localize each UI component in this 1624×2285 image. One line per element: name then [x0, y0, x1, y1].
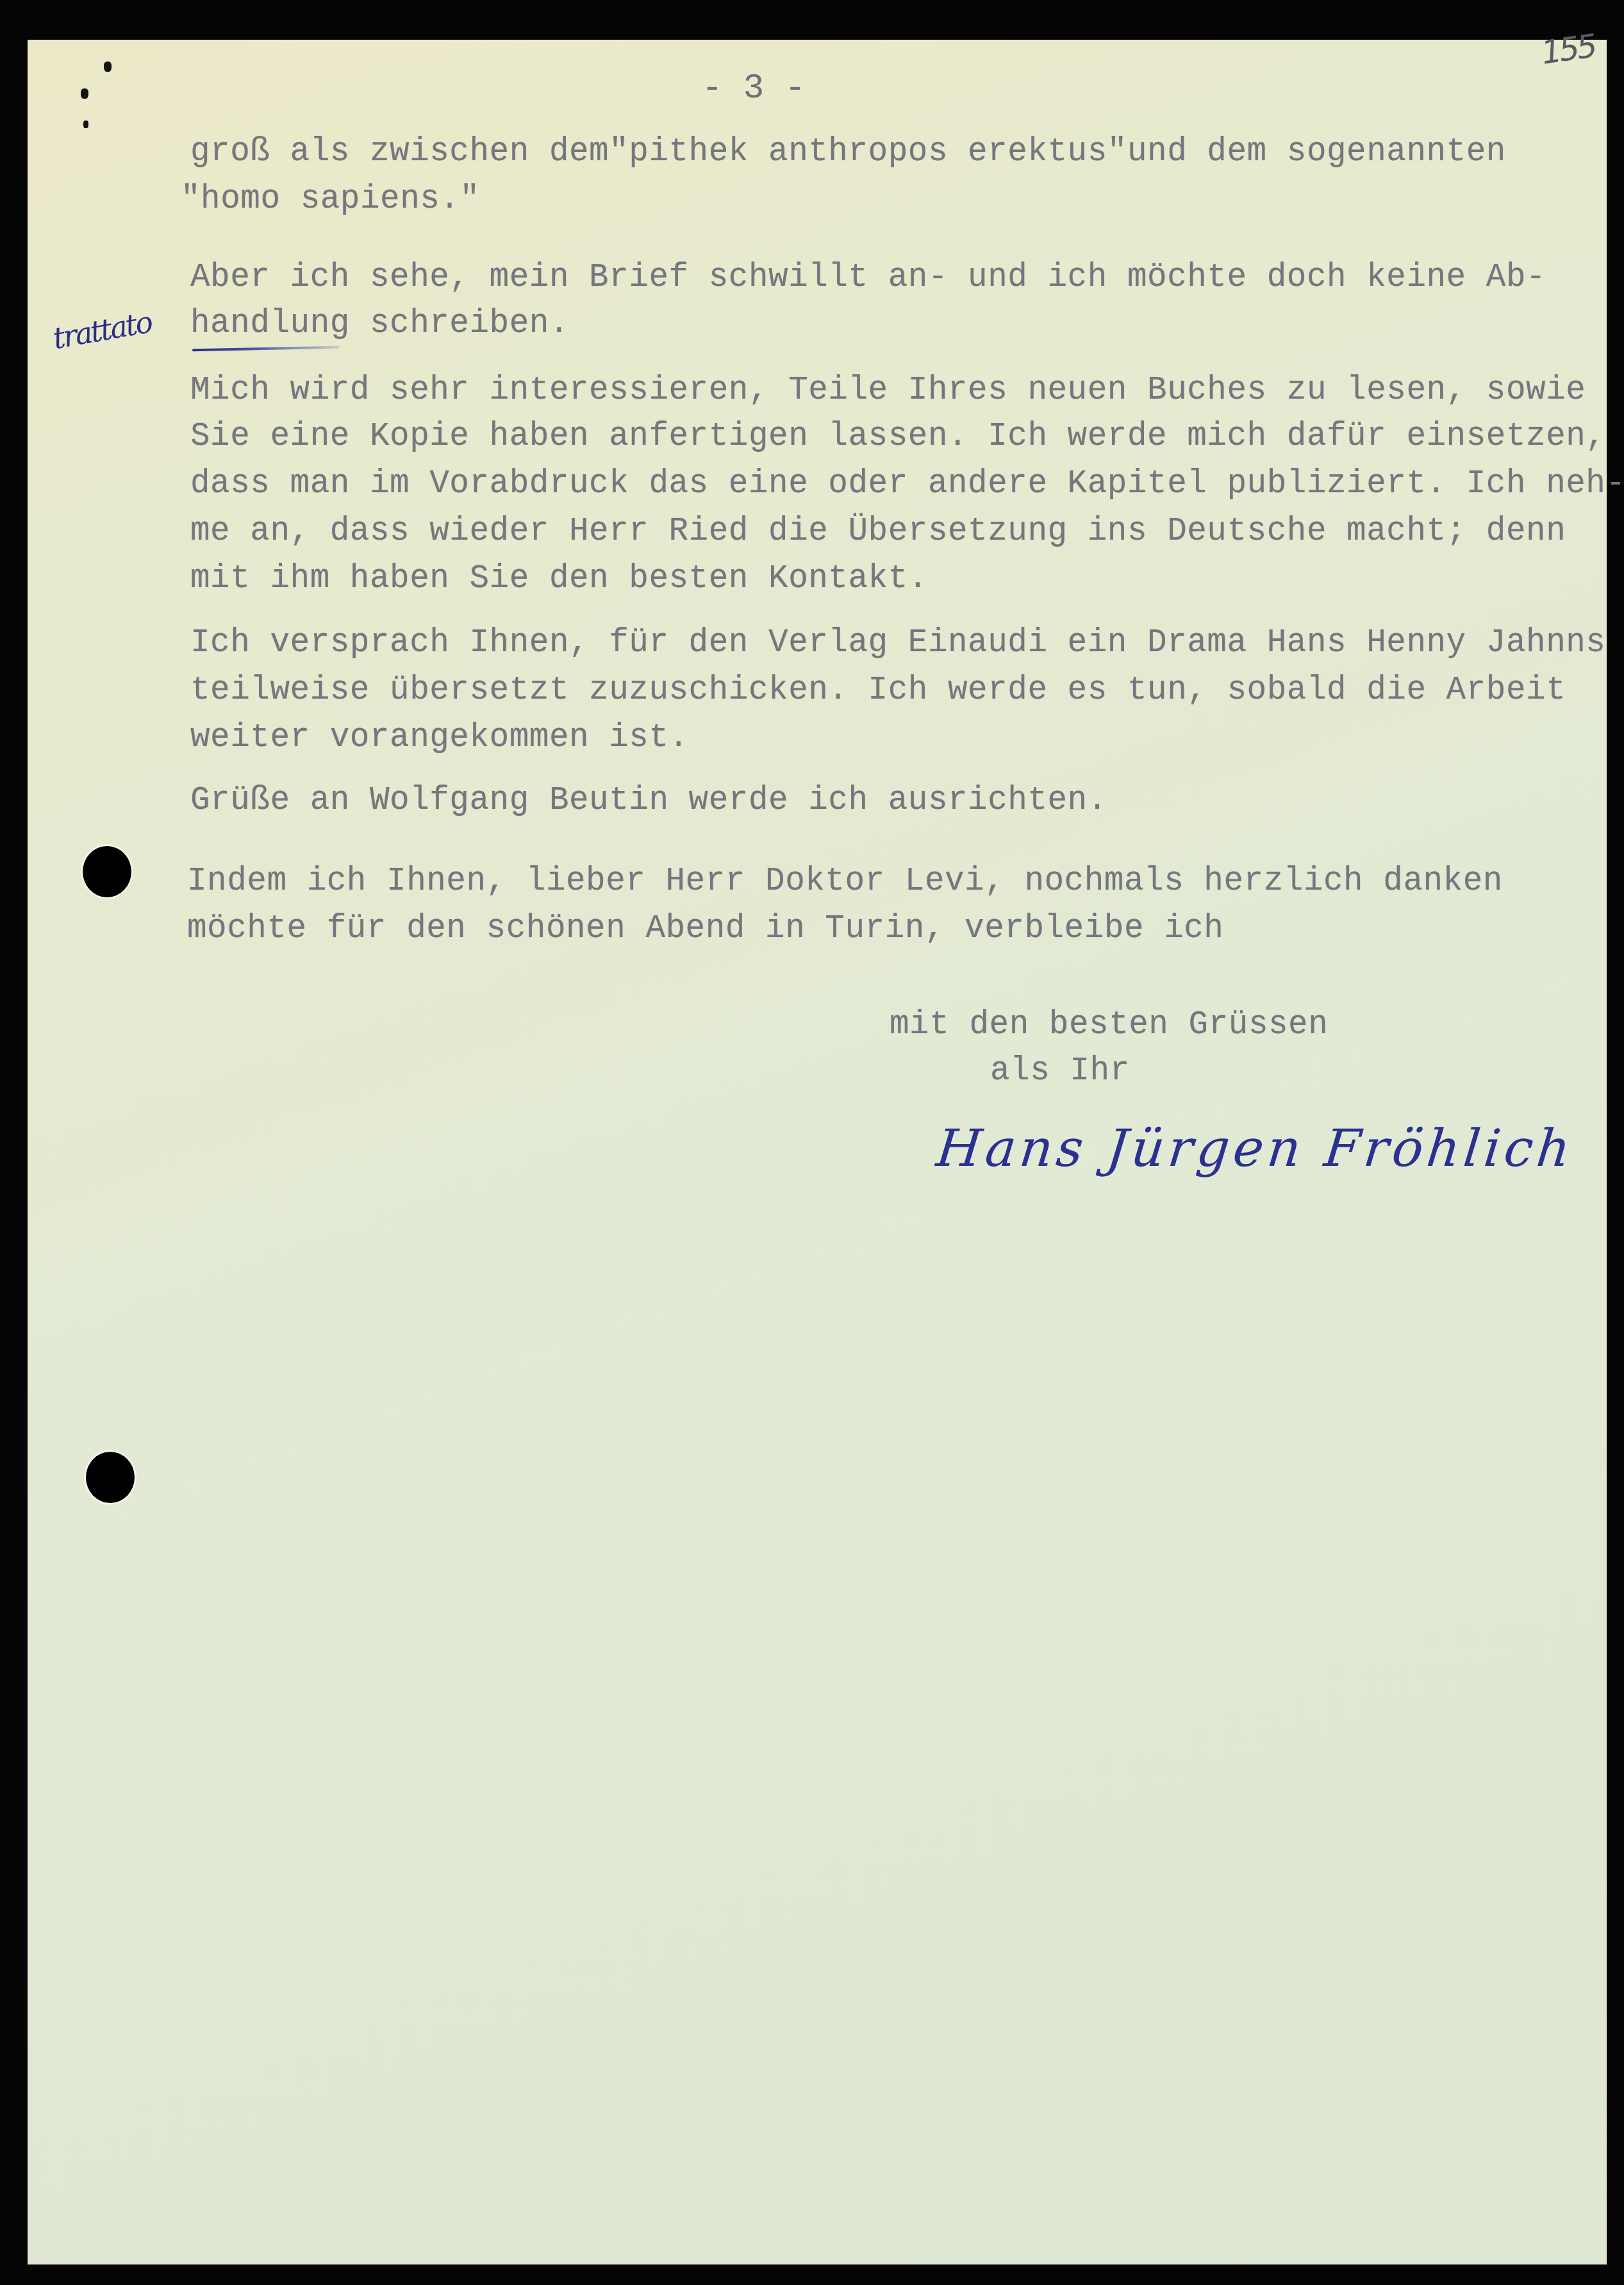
- folio-number: 155: [1539, 27, 1597, 71]
- text-line: groß als zwischen dem"pithek anthropos e…: [190, 133, 1506, 172]
- text-line: handlung schreiben.: [190, 305, 569, 344]
- text-line: Indem ich Ihnen, lieber Herr Doktor Levi…: [187, 863, 1503, 901]
- text-line: teilweise übersetzt zuzuschicken. Ich we…: [190, 672, 1566, 710]
- text-line: möchte für den schönen Abend in Turin, v…: [187, 910, 1223, 949]
- text-line: me an, dass wieder Herr Ried die Überset…: [190, 513, 1566, 551]
- punch-hole: [86, 1452, 135, 1503]
- page-number: - 3 -: [702, 69, 806, 108]
- text-line: Mich wird sehr interessieren, Teile Ihre…: [190, 372, 1586, 410]
- closing-line: mit den besten Grüssen: [890, 1006, 1328, 1045]
- text-line: dass man im Vorabdruck das eine oder and…: [190, 465, 1624, 504]
- text-line: Aber ich sehe, mein Brief schwillt an- u…: [190, 259, 1546, 297]
- text-line: Grüße an Wolfgang Beutin werde ich ausri…: [190, 782, 1107, 820]
- text-line: "homo sapiens.": [181, 181, 480, 219]
- text-line: Ich versprach Ihnen, für den Verlag Eina…: [190, 624, 1605, 663]
- text-line: Sie eine Kopie haben anfertigen lassen. …: [190, 418, 1605, 456]
- speck-mark: [83, 120, 88, 128]
- text-line: weiter vorangekommen ist.: [190, 719, 689, 758]
- text-line: mit ihm haben Sie den besten Kontakt.: [190, 560, 928, 599]
- handwritten-signature: Hans Jürgen Fröhlich: [934, 1118, 1577, 1178]
- closing-line: als Ihr: [990, 1052, 1130, 1091]
- punch-hole: [83, 846, 131, 897]
- speck-mark: [81, 88, 88, 99]
- speck-mark: [104, 62, 112, 72]
